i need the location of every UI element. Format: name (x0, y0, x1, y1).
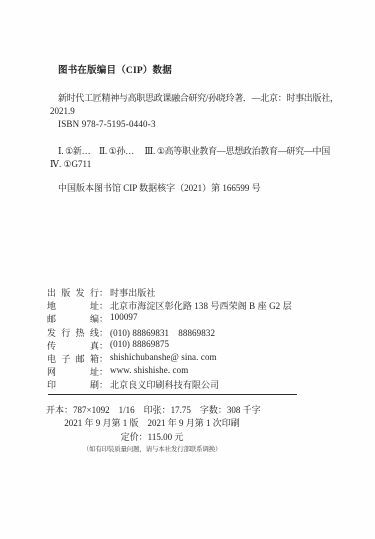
publisher-row-colon: ： (99, 286, 108, 299)
publisher-row-publishing: 出版发行：时事出版社 (47, 286, 292, 299)
publisher-row-label: 出版发行 (47, 286, 99, 299)
publisher-row-colon: ： (99, 339, 108, 352)
publisher-row-label: 电子邮箱 (47, 352, 99, 365)
publisher-row-label: 网址 (47, 365, 99, 378)
publisher-row-label: 发行热线 (47, 326, 99, 339)
publisher-row-colon: ： (99, 312, 108, 325)
divider-rule (48, 394, 297, 395)
publisher-row-value: 北京良义印刷科技有限公司 (110, 378, 219, 391)
publisher-row-value: 100097 (110, 312, 138, 322)
cip-classification-line1: Ⅰ. ①新… Ⅱ. ①孙… Ⅲ. ①高等职业教育—思想政治教育—研究—中国 (58, 146, 330, 156)
publisher-row-value: (010) 88869831 88869832 (110, 326, 215, 339)
publisher-row-value: www. shishishe. com (110, 365, 188, 375)
publisher-row-label: 印刷 (47, 378, 99, 391)
isbn-number: ISBN 978-7-5195-0440-3 (58, 119, 156, 129)
quality-note: （如有印装质量问题，请与本社发行部联系调换） (46, 444, 258, 455)
publisher-row-value: shishichubanshe@ sina. com (110, 352, 217, 362)
publisher-row-colon: ： (99, 378, 108, 391)
publisher-row-hotline: 发行热线：(010) 88869831 88869832 (47, 326, 292, 339)
cip-entry-line1: 新时代工匠精神与高职思政课融合研究/孙晓玲著．—北京：时事出版社， (58, 93, 339, 103)
publisher-info-block: 出版发行：时事出版社 地址：北京市海淀区彰化路 138 号西荣阁 B 座 G2 … (47, 286, 292, 392)
print-info-block: 开本：787×1092 1/16 印张：17.75 字数：308 千字 2021… (46, 404, 258, 455)
cip-header: 图书在版编目（CIP）数据 (58, 66, 172, 77)
publisher-row-label: 传真 (47, 339, 99, 352)
price-line: 定价：115.00 元 (46, 431, 258, 444)
publisher-row-value: 时事出版社 (110, 286, 156, 299)
publisher-row-colon: ： (99, 299, 108, 312)
edition-line: 2021 年 9 月第 1 版 2021 年 9 月第 1 次印刷 (46, 417, 258, 430)
cip-entry-line2: 2021.9 (50, 106, 75, 116)
copyright-page: 图书在版编目（CIP）数据 新时代工匠精神与高职思政课融合研究/孙晓玲著．—北京… (0, 0, 375, 539)
publisher-row-printer: 印刷：北京良义印刷科技有限公司 (47, 378, 292, 391)
publisher-row-colon: ： (99, 326, 108, 339)
publisher-row-email: 电子邮箱：shishichubanshe@ sina. com (47, 352, 292, 365)
cip-classification-line2: Ⅳ. ①G711 (50, 159, 91, 169)
publisher-row-colon: ： (99, 352, 108, 365)
publisher-row-label: 邮编 (47, 312, 99, 325)
cip-record-number: 中国版本图书馆 CIP 数据核字（2021）第 166599 号 (58, 183, 261, 193)
publisher-row-colon: ： (99, 365, 108, 378)
publisher-row-value: 北京市海淀区彰化路 138 号西荣阁 B 座 G2 层 (110, 299, 292, 312)
publisher-row-postcode: 邮编：100097 (47, 312, 292, 325)
publisher-row-fax: 传真：(010) 88869875 (47, 339, 292, 352)
publisher-row-address: 地址：北京市海淀区彰化路 138 号西荣阁 B 座 G2 层 (47, 299, 292, 312)
publisher-row-website: 网址：www. shishishe. com (47, 365, 292, 378)
format-line: 开本：787×1092 1/16 印张：17.75 字数：308 千字 (46, 404, 258, 417)
publisher-row-value: (010) 88869875 (110, 339, 169, 349)
publisher-row-label: 地址 (47, 299, 99, 312)
